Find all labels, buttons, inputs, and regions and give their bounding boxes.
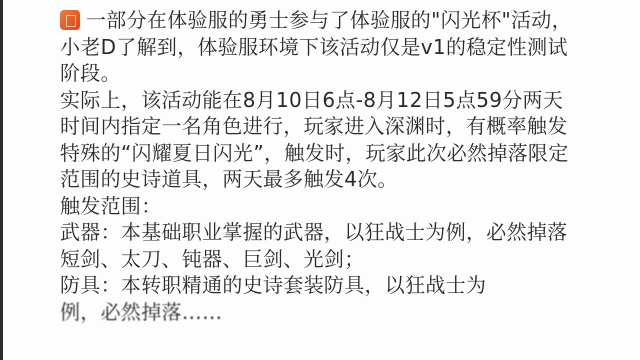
left-edge-bar (0, 0, 3, 360)
paragraph-clipped: 例，必然掉落…… (60, 299, 580, 326)
paragraph-armor: 防具：本转职精通的史诗套装防具，以狂战士为 (60, 272, 580, 299)
screenshot-frame: 一部分在体验服的勇士参与了体验服的"闪光杯"活动，小老D了解到，体验服环境下该活… (0, 0, 640, 360)
paragraph-details: 实际上，该活动能在8月10日6点-8月12日5点59分两天时间内指定一名角色进行… (60, 87, 580, 193)
article-body: 一部分在体验服的勇士参与了体验服的"闪光杯"活动，小老D了解到，体验服环境下该活… (60, 7, 580, 325)
paragraph-trigger-range-heading: 触发范围： (60, 193, 580, 220)
paragraph-intro: 一部分在体验服的勇士参与了体验服的"闪光杯"活动，小老D了解到，体验服环境下该活… (60, 7, 580, 87)
hot-badge-icon (60, 10, 80, 30)
paragraph-intro-text: 一部分在体验服的勇士参与了体验服的"闪光杯"活动，小老D了解到，体验服环境下该活… (60, 8, 572, 85)
paragraph-weapons: 武器：本基础职业掌握的武器，以狂战士为例，必然掉落短剑、太刀、钝器、巨剑、光剑； (60, 219, 580, 272)
